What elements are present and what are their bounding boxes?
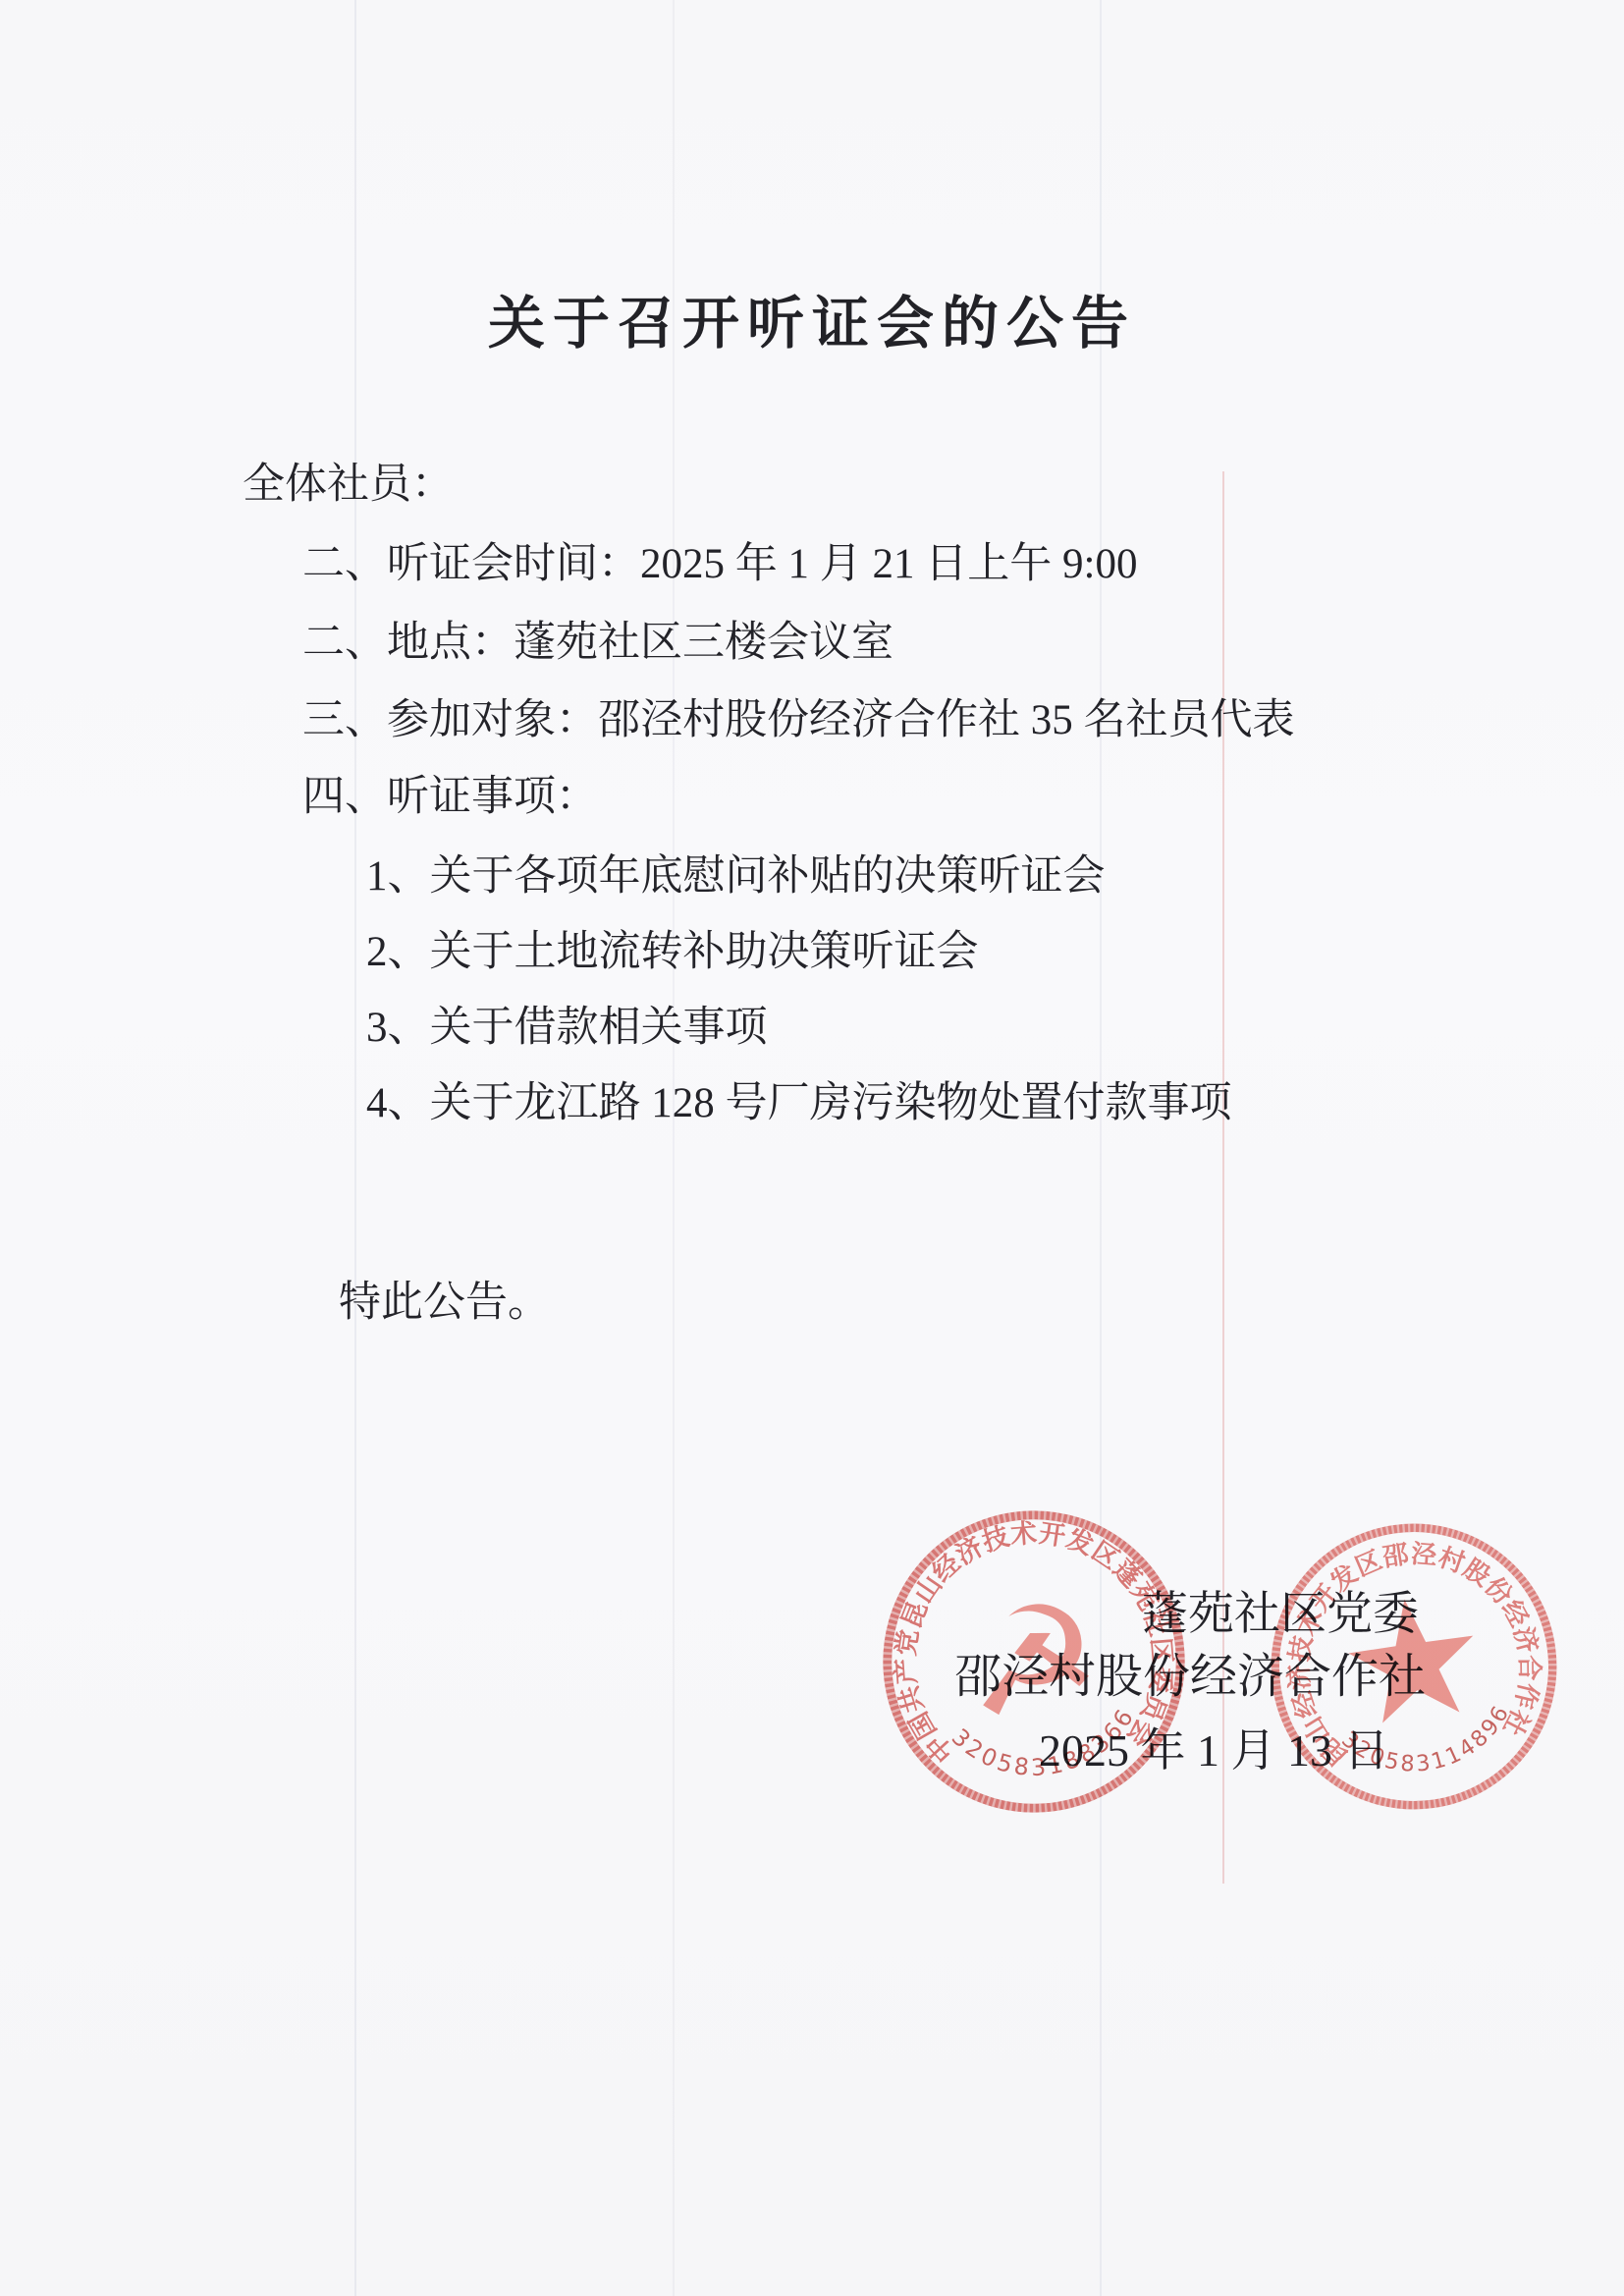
topic-3: 3、关于借款相关事项 bbox=[366, 994, 768, 1054]
closing-line: 特此公告。 bbox=[339, 1269, 550, 1329]
topic-4: 4、关于龙江路 128 号厂房污染物处置付款事项 bbox=[366, 1069, 1232, 1129]
signature-org-party: 蓬苑社区党委 bbox=[1142, 1577, 1419, 1643]
topic-1: 1、关于各项年底慰问补贴的决策听证会 bbox=[366, 843, 1106, 902]
addressee-line: 全体社员： bbox=[243, 451, 454, 511]
topic-2: 2、关于土地流转补助决策听证会 bbox=[366, 918, 979, 978]
signature-org-cooperative: 邵泾村股份经济合作社 bbox=[954, 1638, 1426, 1706]
document-title: 关于召开听证会的公告 bbox=[0, 277, 1624, 359]
item-participants: 三、参加对象：邵泾村股份经济合作社 35 名社员代表 bbox=[302, 686, 1295, 746]
scanned-announcement-page: 关于召开听证会的公告 全体社员： 二、听证会时间：2025 年 1 月 21 日… bbox=[0, 0, 1624, 2296]
item-topics-header: 四、听证事项： bbox=[302, 763, 598, 823]
item-location: 二、地点：蓬苑社区三楼会议室 bbox=[302, 609, 893, 669]
item-time: 二、听证会时间：2025 年 1 月 21 日上午 9:00 bbox=[302, 530, 1137, 590]
signature-date: 2025 年 1 月 13 日 bbox=[1039, 1715, 1389, 1779]
